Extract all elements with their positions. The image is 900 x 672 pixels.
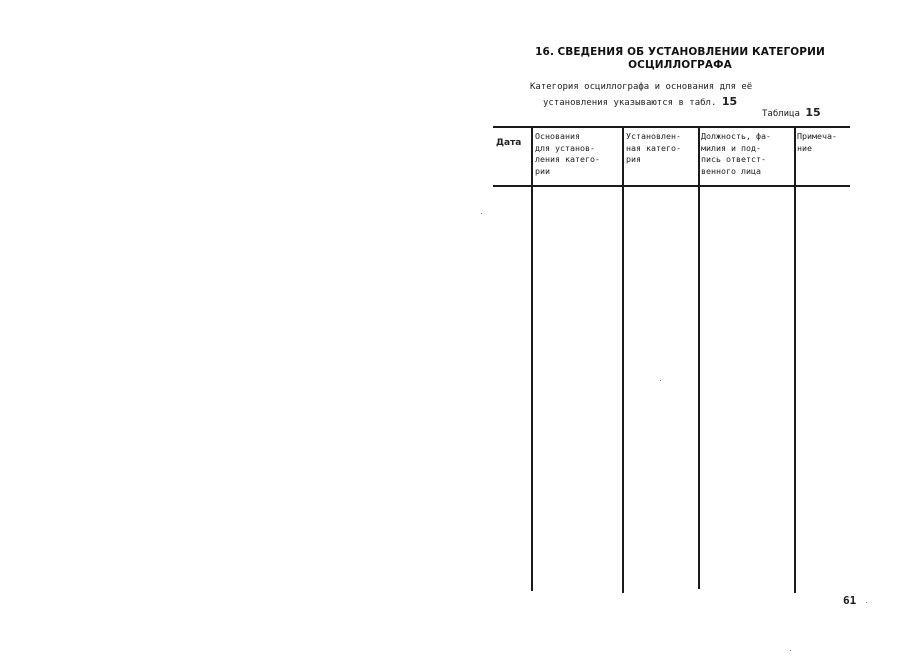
table-caption-label: Таблица bbox=[762, 109, 805, 119]
scan-speck bbox=[660, 380, 661, 381]
column-header-category: Установлен- ная катего- рия bbox=[626, 131, 681, 166]
table-caption: Таблица 15 bbox=[762, 106, 821, 119]
table-header-rule bbox=[493, 185, 850, 187]
column-divider bbox=[531, 126, 533, 591]
column-header-responsible: Должность, фа- милия и под- пись ответст… bbox=[701, 131, 771, 177]
column-divider bbox=[794, 126, 796, 593]
column-header-notes: Примеча- ние bbox=[797, 131, 837, 154]
scan-speck bbox=[790, 650, 791, 651]
column-header-grounds: Основания для установ- ления катего- рии bbox=[535, 131, 600, 177]
intro-text-line2: установления указываются в табл. 15 bbox=[543, 95, 737, 108]
column-divider bbox=[622, 126, 624, 593]
section-title-line1: СВЕДЕНИЯ ОБ УСТАНОВЛЕНИИ КАТЕГОРИИ bbox=[558, 46, 825, 58]
intro-text-line1: Категория осциллографа и основания для е… bbox=[530, 82, 752, 92]
section-title: 16. СВЕДЕНИЯ ОБ УСТАНОВЛЕНИИ КАТЕГОРИИ bbox=[500, 46, 860, 58]
scan-speck bbox=[481, 213, 482, 214]
page-number: 61 bbox=[843, 594, 856, 607]
intro-table-reference: 15 bbox=[722, 95, 737, 108]
section-number: 16. bbox=[535, 46, 554, 58]
table-caption-number: 15 bbox=[805, 106, 820, 119]
column-divider bbox=[698, 126, 700, 589]
table-top-rule bbox=[493, 126, 850, 128]
intro-text-line2-body: установления указываются в табл. bbox=[543, 98, 722, 108]
section-title-line2: ОСЦИЛЛОГРАФА bbox=[500, 59, 860, 71]
column-header-date: Дата bbox=[496, 138, 521, 150]
scan-speck bbox=[866, 602, 867, 603]
